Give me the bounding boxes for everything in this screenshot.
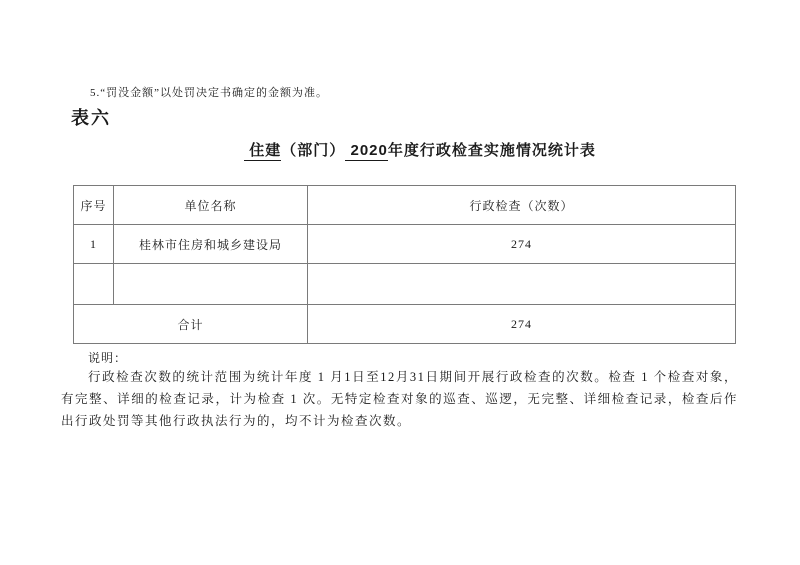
title-suffix: 年度行政检查实施情况统计表: [388, 142, 596, 159]
cell-unit: [114, 264, 308, 305]
table-row: 1 桂林市住房和城乡建设局 274: [74, 225, 736, 264]
table-six-label: 表六: [71, 104, 111, 130]
cell-seq: 1: [74, 225, 114, 264]
explanation-body: 行政检查次数的统计范围为统计年度 1 月1日至12月31日期间开展行政检查的次数…: [61, 366, 738, 432]
footnote-5: 5.“罚没金额”以处罚决定书确定的金额为准。: [90, 84, 328, 100]
total-label-cell: 合计: [74, 305, 308, 344]
column-header-seq: 序号: [74, 186, 114, 225]
total-count-cell: 274: [308, 305, 736, 344]
column-header-count: 行政检查（次数）: [308, 186, 736, 225]
table-total-row: 合计 274: [74, 305, 736, 344]
inspection-stat-table: 序号 单位名称 行政检查（次数） 1 桂林市住房和城乡建设局 274 合计 27…: [73, 185, 736, 344]
cell-count: 274: [308, 225, 736, 264]
document-title: 住建（部门） 2020年度行政检查实施情况统计表: [20, 139, 800, 160]
explanation-label: 说明：: [88, 349, 127, 366]
title-year-underlined: 2020: [345, 142, 388, 161]
title-dept-bracket: （部门）: [281, 142, 345, 159]
table-row-empty: [74, 264, 736, 305]
title-dept-underlined: 住建: [244, 142, 281, 161]
column-header-unit: 单位名称: [114, 186, 308, 225]
table-header-row: 序号 单位名称 行政检查（次数）: [74, 186, 736, 225]
cell-count: [308, 264, 736, 305]
cell-unit: 桂林市住房和城乡建设局: [114, 225, 308, 264]
cell-seq: [74, 264, 114, 305]
